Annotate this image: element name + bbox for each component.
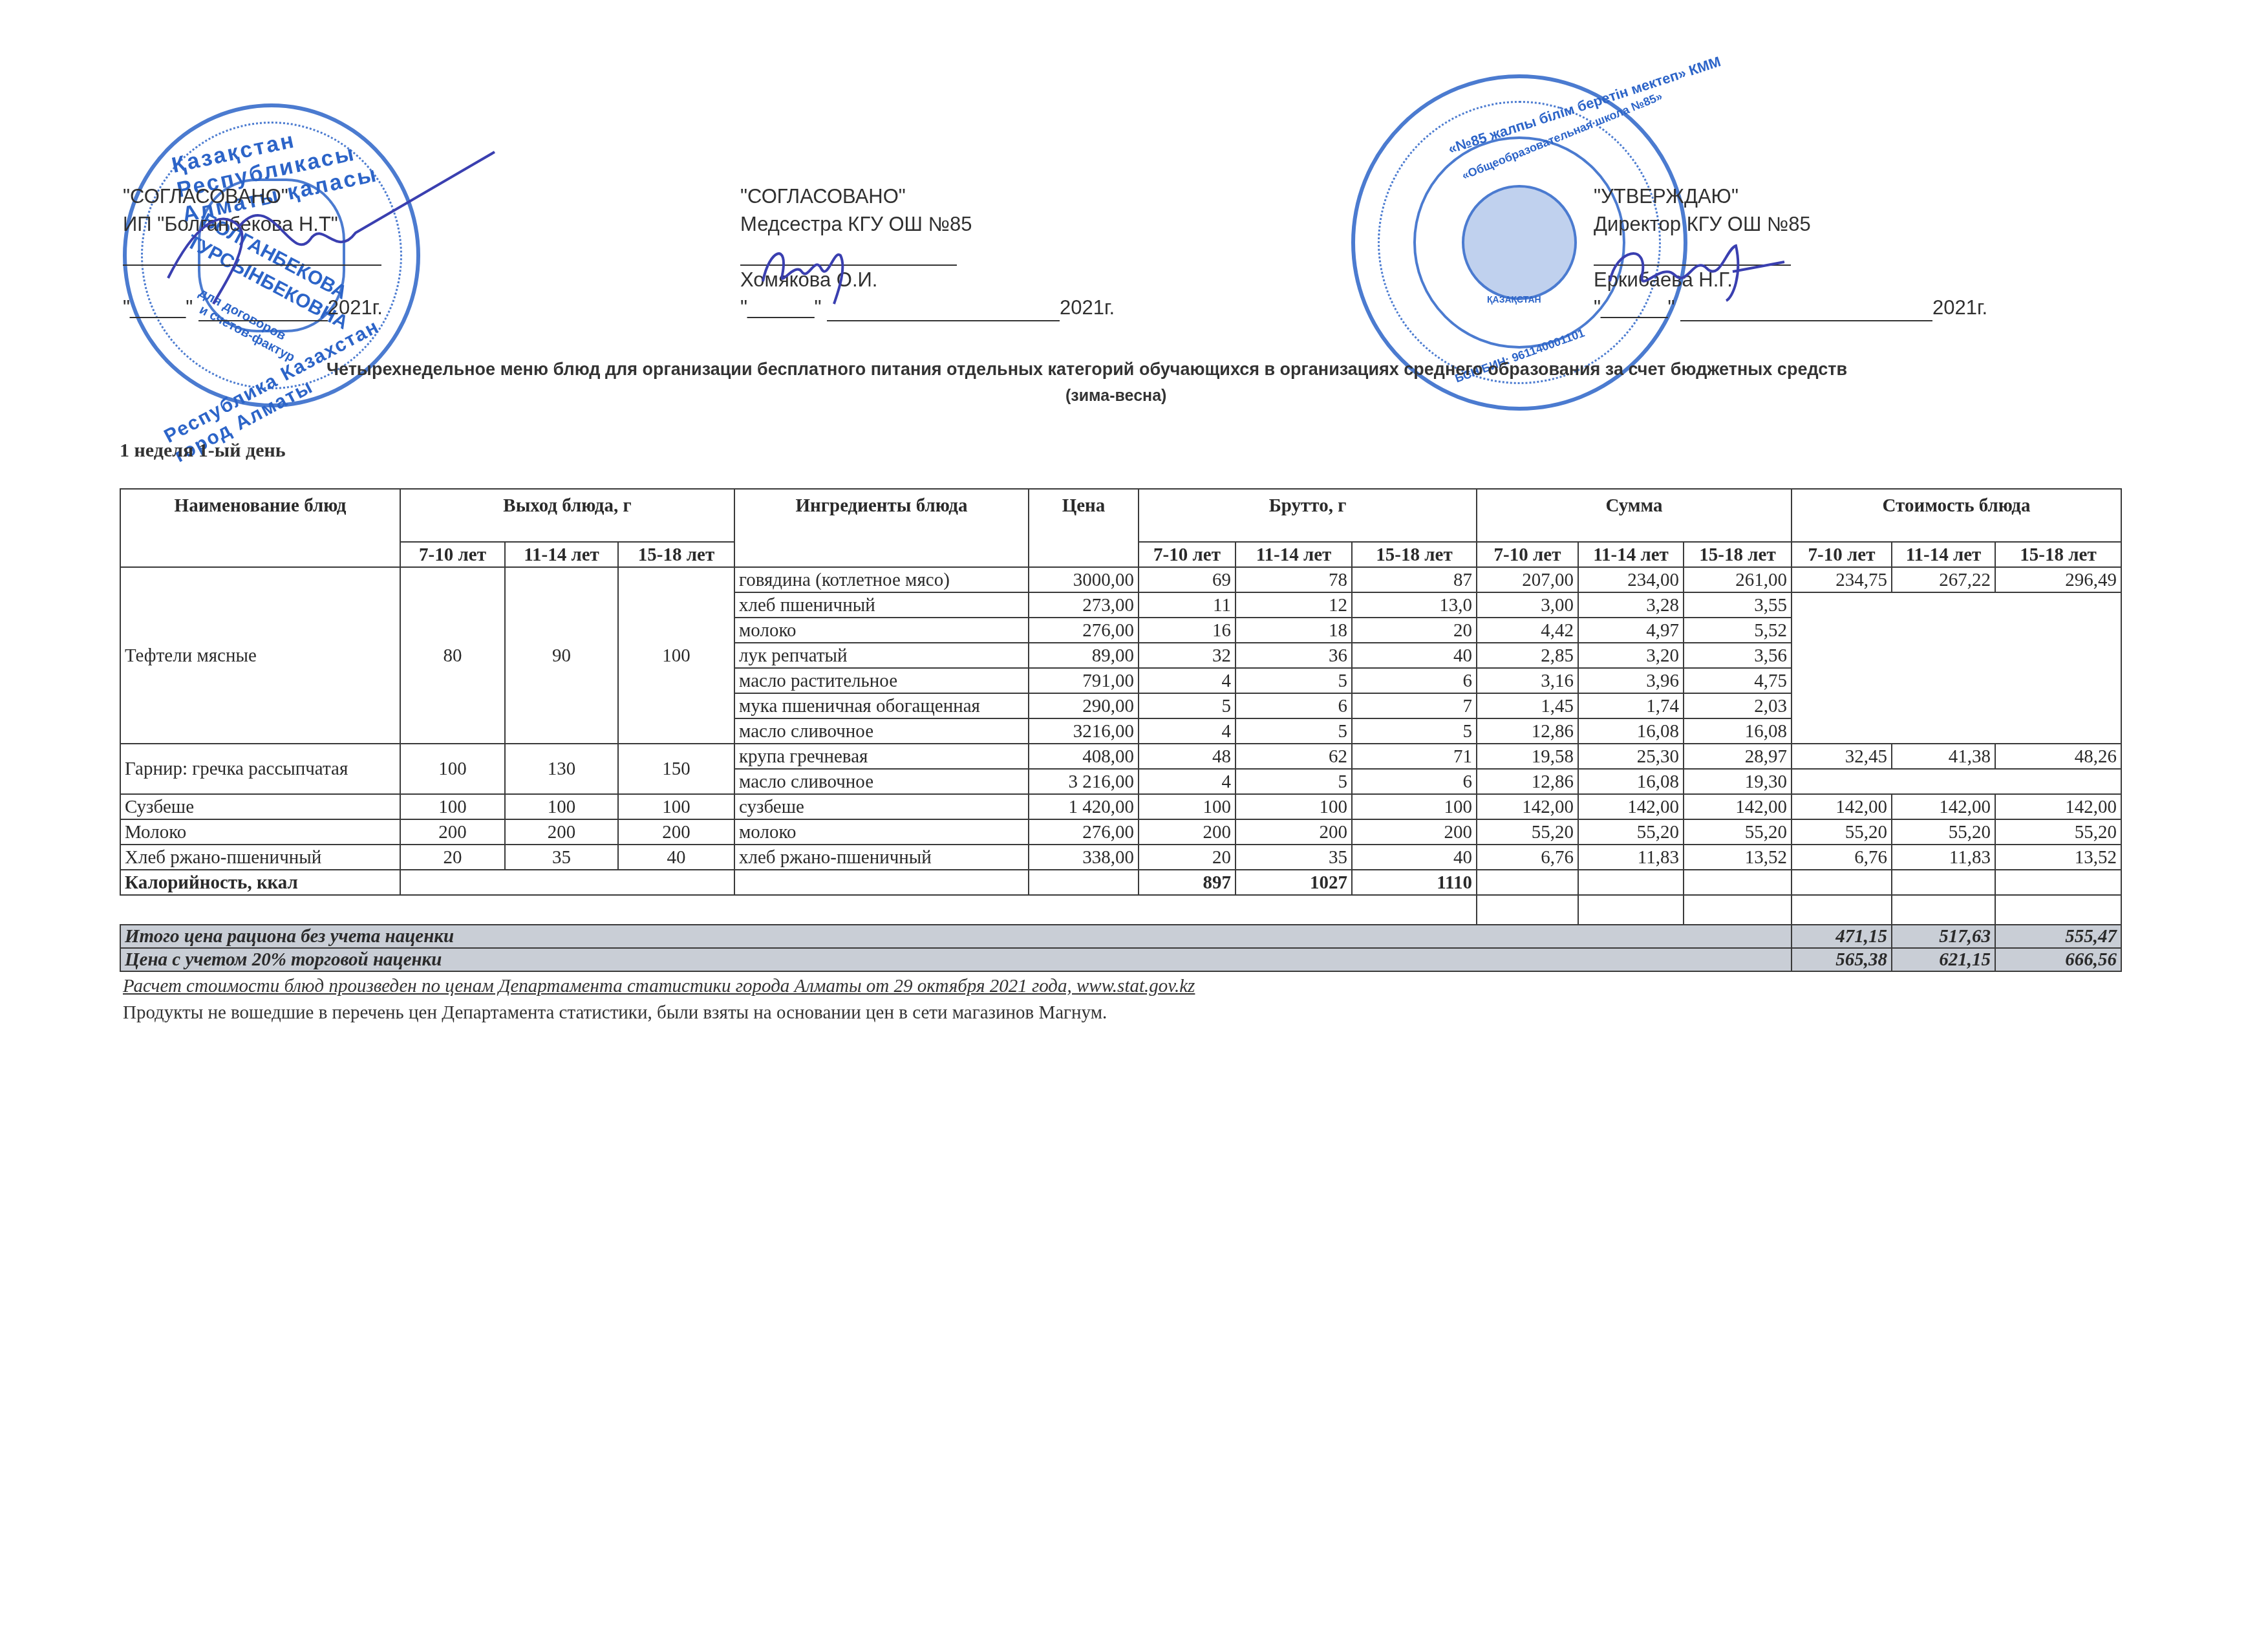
dish-cost-11-14: 267,22 [1892,567,1995,592]
ingredient-brutto-7-10: 69 [1139,567,1236,592]
approval-2-position: Медсестра КГУ ОШ №85 [740,210,1115,238]
ingredient-sum-11-14: 3,20 [1578,643,1684,668]
header-yield-age-15-18: 15-18 лет [618,542,734,567]
dish-name: Хлеб ржано-пшеничный [120,845,400,870]
header-brutto-age-11-14: 11-14 лет [1236,542,1352,567]
calories-value-11-14: 1027 [1236,870,1352,895]
ingredient-name: хлеб пшеничный [734,592,1029,618]
ingredient-brutto-7-10: 16 [1139,618,1236,643]
dish-cost-11-14: 11,83 [1892,845,1995,870]
total-without-markup-11-14: 517,63 [1892,925,1995,948]
ingredient-brutto-7-10: 48 [1139,744,1236,769]
header-price: Цена [1029,489,1139,567]
dish-yield-11-14: 35 [505,845,618,870]
ingredient-brutto-15-18: 5 [1352,718,1477,744]
header-brutto-age-7-10: 7-10 лет [1139,542,1236,567]
ingredient-brutto-11-14: 100 [1236,794,1352,819]
total-row-with-markup: Цена с учетом 20% торговой наценки 565,3… [120,948,2121,971]
header-cost-age-7-10: 7-10 лет [1792,542,1892,567]
header-dish-cost: Стоимость блюда [1792,489,2121,542]
total-with-markup-11-14: 621,15 [1892,948,1995,971]
ingredient-name: масло сливочное [734,769,1029,794]
ingredient-sum-7-10: 3,00 [1477,592,1578,618]
dish-cost-11-14: 41,38 [1892,744,1995,769]
ingredient-sum-11-14: 11,83 [1578,845,1684,870]
ingredient-sum-15-18: 19,30 [1684,769,1792,794]
ingredient-price: 3000,00 [1029,567,1139,592]
calories-label: Калорийность, ккал [120,870,400,895]
ingredient-sum-11-14: 4,97 [1578,618,1684,643]
table-row: Хлеб ржано-пшеничный203540хлеб ржано-пше… [120,845,2121,870]
ingredient-brutto-11-14: 62 [1236,744,1352,769]
dish-cost-7-10: 234,75 [1792,567,1892,592]
ingredient-brutto-11-14: 36 [1236,643,1352,668]
ingredient-brutto-7-10: 4 [1139,718,1236,744]
header-cost-age-15-18: 15-18 лет [1995,542,2121,567]
ingredient-sum-11-14: 16,08 [1578,718,1684,744]
ingredient-brutto-15-18: 6 [1352,769,1477,794]
table-row: Сузбеше100100100сузбеше1 420,00100100100… [120,794,2121,819]
header-brutto: Брутто, г [1139,489,1477,542]
dish-name: Молоко [120,819,400,845]
calories-empty-ingredients [734,870,1029,895]
calories-row: Калорийность, ккал 897 1027 1110 [120,870,2121,895]
ingredient-brutto-7-10: 4 [1139,668,1236,693]
header-sum-age-11-14: 11-14 лет [1578,542,1684,567]
header-brutto-age-15-18: 15-18 лет [1352,542,1477,567]
dish-yield-11-14: 90 [505,567,618,744]
dish-cost-7-10: 55,20 [1792,819,1892,845]
ingredient-sum-7-10: 1,45 [1477,693,1578,718]
dish-yield-7-10: 80 [400,567,505,744]
total-label-without-markup: Итого цена рациона без учета наценки [120,925,1792,948]
ingredient-brutto-11-14: 18 [1236,618,1352,643]
ingredient-sum-11-14: 55,20 [1578,819,1684,845]
calories-empty [1477,870,1578,895]
approval-3-position: Директор КГУ ОШ №85 [1594,210,1987,238]
ingredient-brutto-11-14: 200 [1236,819,1352,845]
ingredient-sum-15-18: 3,55 [1684,592,1792,618]
ingredient-brutto-7-10: 200 [1139,819,1236,845]
ingredient-sum-15-18: 28,97 [1684,744,1792,769]
ingredient-brutto-7-10: 4 [1139,769,1236,794]
header-dish-name: Наименование блюд [120,489,400,567]
spacer-cell [1578,895,1684,925]
table-footer: Калорийность, ккал 897 1027 1110 Итого ц… [120,870,2121,971]
footnote-magnum-note: Продукты не вошедшие в перечень цен Депа… [123,1002,1107,1024]
dish-yield-15-18: 40 [618,845,734,870]
header-yield: Выход блюда, г [400,489,734,542]
ingredient-brutto-15-18: 7 [1352,693,1477,718]
dish-yield-15-18: 200 [618,819,734,845]
ingredient-brutto-15-18: 100 [1352,794,1477,819]
ingredient-sum-15-18: 16,08 [1684,718,1792,744]
dish-cost-7-10: 142,00 [1792,794,1892,819]
table-row: Молоко200200200молоко276,0020020020055,2… [120,819,2121,845]
dish-yield-7-10: 20 [400,845,505,870]
ingredient-brutto-7-10: 11 [1139,592,1236,618]
ingredient-brutto-15-18: 200 [1352,819,1477,845]
dish-name: Тефтели мясные [120,567,400,744]
ingredient-sum-7-10: 6,76 [1477,845,1578,870]
calories-empty [1892,870,1995,895]
ingredient-name: масло растительное [734,668,1029,693]
ingredient-sum-15-18: 55,20 [1684,819,1792,845]
ingredient-sum-15-18: 2,03 [1684,693,1792,718]
ingredient-name: молоко [734,618,1029,643]
header-sum: Сумма [1477,489,1792,542]
ingredient-sum-7-10: 4,42 [1477,618,1578,643]
ingredient-sum-11-14: 25,30 [1578,744,1684,769]
total-with-markup-7-10: 565,38 [1792,948,1892,971]
dish-cost-15-18: 296,49 [1995,567,2121,592]
header-sum-age-15-18: 15-18 лет [1684,542,1792,567]
ingredient-sum-7-10: 142,00 [1477,794,1578,819]
ingredient-sum-15-18: 142,00 [1684,794,1792,819]
dish-name: Гарнир: гречка рассыпчатая [120,744,400,794]
spacer-cell [1995,895,2121,925]
signature-1 [142,149,504,317]
stamp-right-emblem-label: ҚАЗАҚСТАН [1487,294,1541,305]
ingredient-sum-7-10: 2,85 [1477,643,1578,668]
ingredient-sum-7-10: 12,86 [1477,718,1578,744]
ingredient-sum-15-18: 261,00 [1684,567,1792,592]
header-cost-age-11-14: 11-14 лет [1892,542,1995,567]
dish-cost-7-10: 6,76 [1792,845,1892,870]
dish-cost-7-10: 32,45 [1792,744,1892,769]
ingredient-sum-11-14: 16,08 [1578,769,1684,794]
ingredient-sum-15-18: 5,52 [1684,618,1792,643]
ingredient-price: 338,00 [1029,845,1139,870]
ingredient-price: 276,00 [1029,618,1139,643]
ingredient-name: масло сливочное [734,718,1029,744]
ingredient-sum-7-10: 207,00 [1477,567,1578,592]
ingredient-sum-11-14: 3,28 [1578,592,1684,618]
ingredient-sum-15-18: 4,75 [1684,668,1792,693]
ingredient-brutto-15-18: 40 [1352,643,1477,668]
ingredient-sum-7-10: 55,20 [1477,819,1578,845]
dish-yield-15-18: 100 [618,567,734,744]
ingredient-sum-11-14: 3,96 [1578,668,1684,693]
dish-yield-7-10: 100 [400,794,505,819]
calories-value-15-18: 1110 [1352,870,1477,895]
header-sum-age-7-10: 7-10 лет [1477,542,1578,567]
ingredient-sum-7-10: 3,16 [1477,668,1578,693]
dish-cost-empty [1792,769,2121,794]
total-without-markup-15-18: 555,47 [1995,925,2121,948]
ingredient-sum-11-14: 234,00 [1578,567,1684,592]
table-body: Тефтели мясные8090100говядина (котлетное… [120,567,2121,870]
spacer-cell [1792,895,1892,925]
ingredient-sum-15-18: 13,52 [1684,845,1792,870]
calories-empty [1792,870,1892,895]
ingredient-name: крупа гречневая [734,744,1029,769]
dish-yield-11-14: 100 [505,794,618,819]
dish-cost-15-18: 142,00 [1995,794,2121,819]
ingredient-price: 89,00 [1029,643,1139,668]
ingredient-price: 276,00 [1029,819,1139,845]
dish-name: Сузбеше [120,794,400,819]
total-with-markup-15-18: 666,56 [1995,948,2121,971]
ingredient-brutto-11-14: 5 [1236,769,1352,794]
ingredient-price: 273,00 [1029,592,1139,618]
ingredient-brutto-7-10: 32 [1139,643,1236,668]
approval-2-heading: "СОГЛАСОВАНО" [740,182,1115,210]
ingredient-name: хлеб ржано-пшеничный [734,845,1029,870]
ingredient-brutto-11-14: 5 [1236,668,1352,693]
header-ingredients: Ингредиенты блюда [734,489,1029,567]
dish-yield-11-14: 130 [505,744,618,794]
ingredient-price: 791,00 [1029,668,1139,693]
ingredient-brutto-11-14: 6 [1236,693,1352,718]
spacer-cell [120,895,1477,925]
document-subtitle-season: (зима-весна) [1065,387,1166,405]
ingredient-brutto-11-14: 78 [1236,567,1352,592]
header-yield-age-7-10: 7-10 лет [400,542,505,567]
total-without-markup-7-10: 471,15 [1792,925,1892,948]
ingredient-name: мука пшеничная обогащенная [734,693,1029,718]
ingredient-price: 408,00 [1029,744,1139,769]
spacer-row [120,895,2121,925]
ingredient-brutto-11-14: 35 [1236,845,1352,870]
table-row: Тефтели мясные8090100говядина (котлетное… [120,567,2121,592]
ingredient-sum-11-14: 1,74 [1578,693,1684,718]
table-row: Гарнир: гречка рассыпчатая100130150крупа… [120,744,2121,769]
calories-empty-price [1029,870,1139,895]
ingredient-price: 3216,00 [1029,718,1139,744]
dish-yield-15-18: 150 [618,744,734,794]
ingredient-brutto-11-14: 12 [1236,592,1352,618]
total-row-without-markup: Итого цена рациона без учета наценки 471… [120,925,2121,948]
menu-table: Наименование блюд Выход блюда, г Ингреди… [120,488,2122,972]
dish-cost-11-14: 142,00 [1892,794,1995,819]
dish-cost-11-14: 55,20 [1892,819,1995,845]
calories-empty [1578,870,1684,895]
approval-3-date-year: 2021г. [1932,296,1987,319]
week-day-label: 1 неделя 1-ый день [120,440,286,462]
ingredient-brutto-15-18: 20 [1352,618,1477,643]
ingredient-brutto-15-18: 13,0 [1352,592,1477,618]
spacer-cell [1892,895,1995,925]
ingredient-price: 3 216,00 [1029,769,1139,794]
header-yield-age-11-14: 11-14 лет [505,542,618,567]
dish-yield-15-18: 100 [618,794,734,819]
signature-3 [1597,236,1791,307]
table-header: Наименование блюд Выход блюда, г Ингреди… [120,489,2121,567]
calories-value-7-10: 897 [1139,870,1236,895]
dish-cost-15-18: 55,20 [1995,819,2121,845]
dish-cost-15-18: 48,26 [1995,744,2121,769]
ingredient-name: говядина (котлетное мясо) [734,567,1029,592]
spacer-cell [1477,895,1578,925]
ingredient-name: молоко [734,819,1029,845]
calories-empty [1684,870,1792,895]
dish-cost-15-18: 13,52 [1995,845,2121,870]
ingredient-sum-11-14: 142,00 [1578,794,1684,819]
document-title: Четырехнедельное меню блюд для организац… [326,360,1847,380]
dish-cost-empty [1792,592,2121,744]
ingredient-price: 1 420,00 [1029,794,1139,819]
ingredient-price: 290,00 [1029,693,1139,718]
ingredient-name: сузбеше [734,794,1029,819]
dish-yield-11-14: 200 [505,819,618,845]
ingredient-sum-15-18: 3,56 [1684,643,1792,668]
ingredient-brutto-15-18: 6 [1352,668,1477,693]
ingredient-brutto-7-10: 100 [1139,794,1236,819]
approval-3-heading: "УТВЕРЖДАЮ" [1594,182,1987,210]
ingredient-brutto-7-10: 20 [1139,845,1236,870]
dish-yield-7-10: 100 [400,744,505,794]
approval-2-date-year: 2021г. [1060,296,1115,319]
dish-yield-7-10: 200 [400,819,505,845]
ingredient-brutto-15-18: 87 [1352,567,1477,592]
ingredient-brutto-15-18: 71 [1352,744,1477,769]
ingredient-brutto-11-14: 5 [1236,718,1352,744]
calories-empty-yield [400,870,734,895]
footnote-price-source: Расчет стоимости блюд произведен по цена… [123,976,1195,997]
ingredient-sum-7-10: 19,58 [1477,744,1578,769]
signature-2 [756,236,873,307]
ingredient-sum-7-10: 12,86 [1477,769,1578,794]
ingredient-brutto-7-10: 5 [1139,693,1236,718]
total-label-with-markup: Цена с учетом 20% торговой наценки [120,948,1792,971]
ingredient-name: лук репчатый [734,643,1029,668]
ingredient-brutto-15-18: 40 [1352,845,1477,870]
spacer-cell [1684,895,1792,925]
calories-empty [1995,870,2121,895]
